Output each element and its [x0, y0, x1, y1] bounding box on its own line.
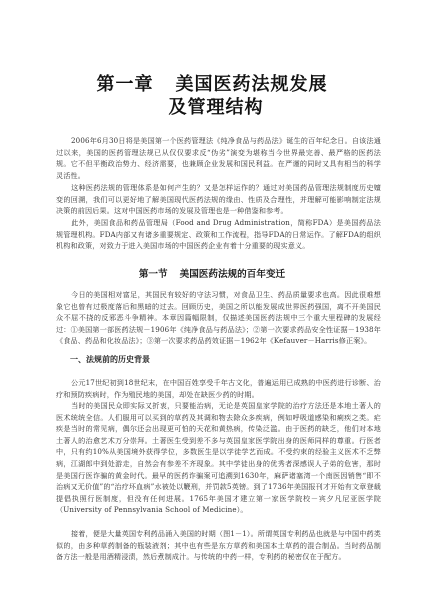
subsection-heading: 一、法规前的历史背景: [70, 354, 150, 365]
subsection-paragraph-3: 接着，便是大量英国专利药品涌入美国的时期（图1－1）。所谓英国专利药品也就是与中…: [56, 528, 381, 563]
chapter-title-text: 美国医药法规发展: [176, 74, 328, 95]
section-number: 第一节: [139, 269, 168, 280]
section-paragraph-1: 今日的美国相对富足，其国民有较好的守法习惯，对食品卫生、药品质量要求也高。因此很…: [56, 289, 381, 347]
chapter-title-line2: 及管理结构: [0, 97, 424, 119]
subsection-paragraph-1: 公元17世纪初到18世纪末，在中国百姓享受千年古文化，普遍运用已成熟的中医药进行…: [56, 377, 381, 400]
section-heading: 第一节美国医药法规的百年变迁: [0, 266, 424, 280]
intro-paragraph-3: 此外，美国食品和药品管理局（Food and Drug Administrati…: [56, 217, 381, 252]
section-title: 美国医药法规的百年变迁: [180, 269, 286, 280]
chapter-number: 第一章: [97, 74, 154, 95]
intro-paragraph-2: 这种医药法规的管理体系是如何产生的？又是怎样运作的？通过对美国药品管理法规制度历…: [56, 182, 381, 217]
intro-paragraph-1: 2006年6月30日将是美国第一个医药管理法《纯净食品与药品法》诞生的百年纪念日…: [56, 135, 381, 181]
chapter-title-line1: 第一章美国医药法规发展: [0, 74, 424, 96]
subsection-paragraph-2: 当时的美国民众即实际又折衷，只要能治病，无论是英国皇家学院的治疗方法还是本地土著…: [56, 400, 381, 516]
